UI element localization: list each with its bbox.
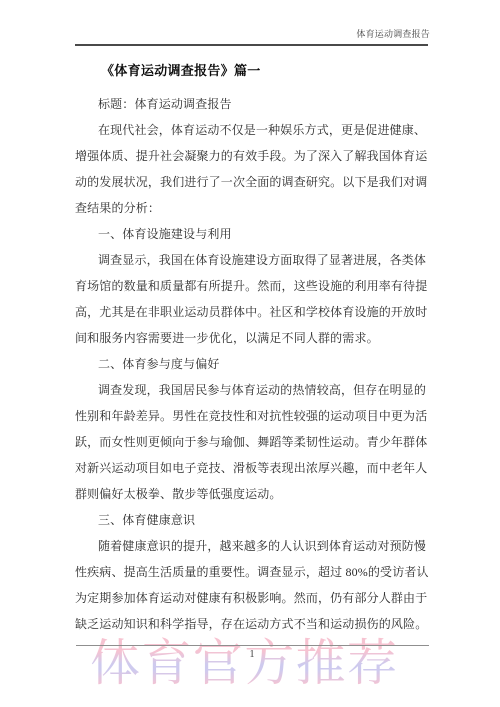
section-1-heading: 一、体育设施建设与利用 <box>75 221 430 247</box>
section-2-paragraph: 调查发现，我国居民参与体育运动的热情较高，但存在明显的 性别和年龄差异。男性在竞… <box>75 377 430 507</box>
header-rule <box>75 44 428 46</box>
page-number: 1 <box>75 648 429 662</box>
document-page: 体育运动调查报告 《体育运动调查报告》篇一 标题：体育运动调查报告 在现代社会，… <box>0 0 500 707</box>
section-3-paragraph: 随着健康意识的提升，越来越多的人认识到体育运动对预防慢 性疾病、提高生活质量的重… <box>75 533 430 637</box>
footer-rule <box>76 645 429 646</box>
document-title: 《体育运动调查报告》篇一 <box>101 60 261 82</box>
intro-paragraph: 在现代社会，体育运动不仅是一种娱乐方式，更是促进健康、 增强体质、提升社会凝聚力… <box>75 117 430 221</box>
section-1-paragraph: 调查显示，我国在体育设施建设方面取得了显著进展，各类体 育场馆的数量和质量都有所… <box>75 247 430 351</box>
section-2-heading: 二、体育参与度与偏好 <box>75 351 430 377</box>
promo-watermark: 体育官方推荐 <box>90 633 398 693</box>
section-3-heading: 三、体育健康意识 <box>75 507 430 533</box>
meta-title-line: 标题：体育运动调查报告 <box>75 91 430 117</box>
running-header-text: 体育运动调查报告 <box>356 28 430 41</box>
document-body: 标题：体育运动调查报告 在现代社会，体育运动不仅是一种娱乐方式，更是促进健康、 … <box>75 91 430 637</box>
